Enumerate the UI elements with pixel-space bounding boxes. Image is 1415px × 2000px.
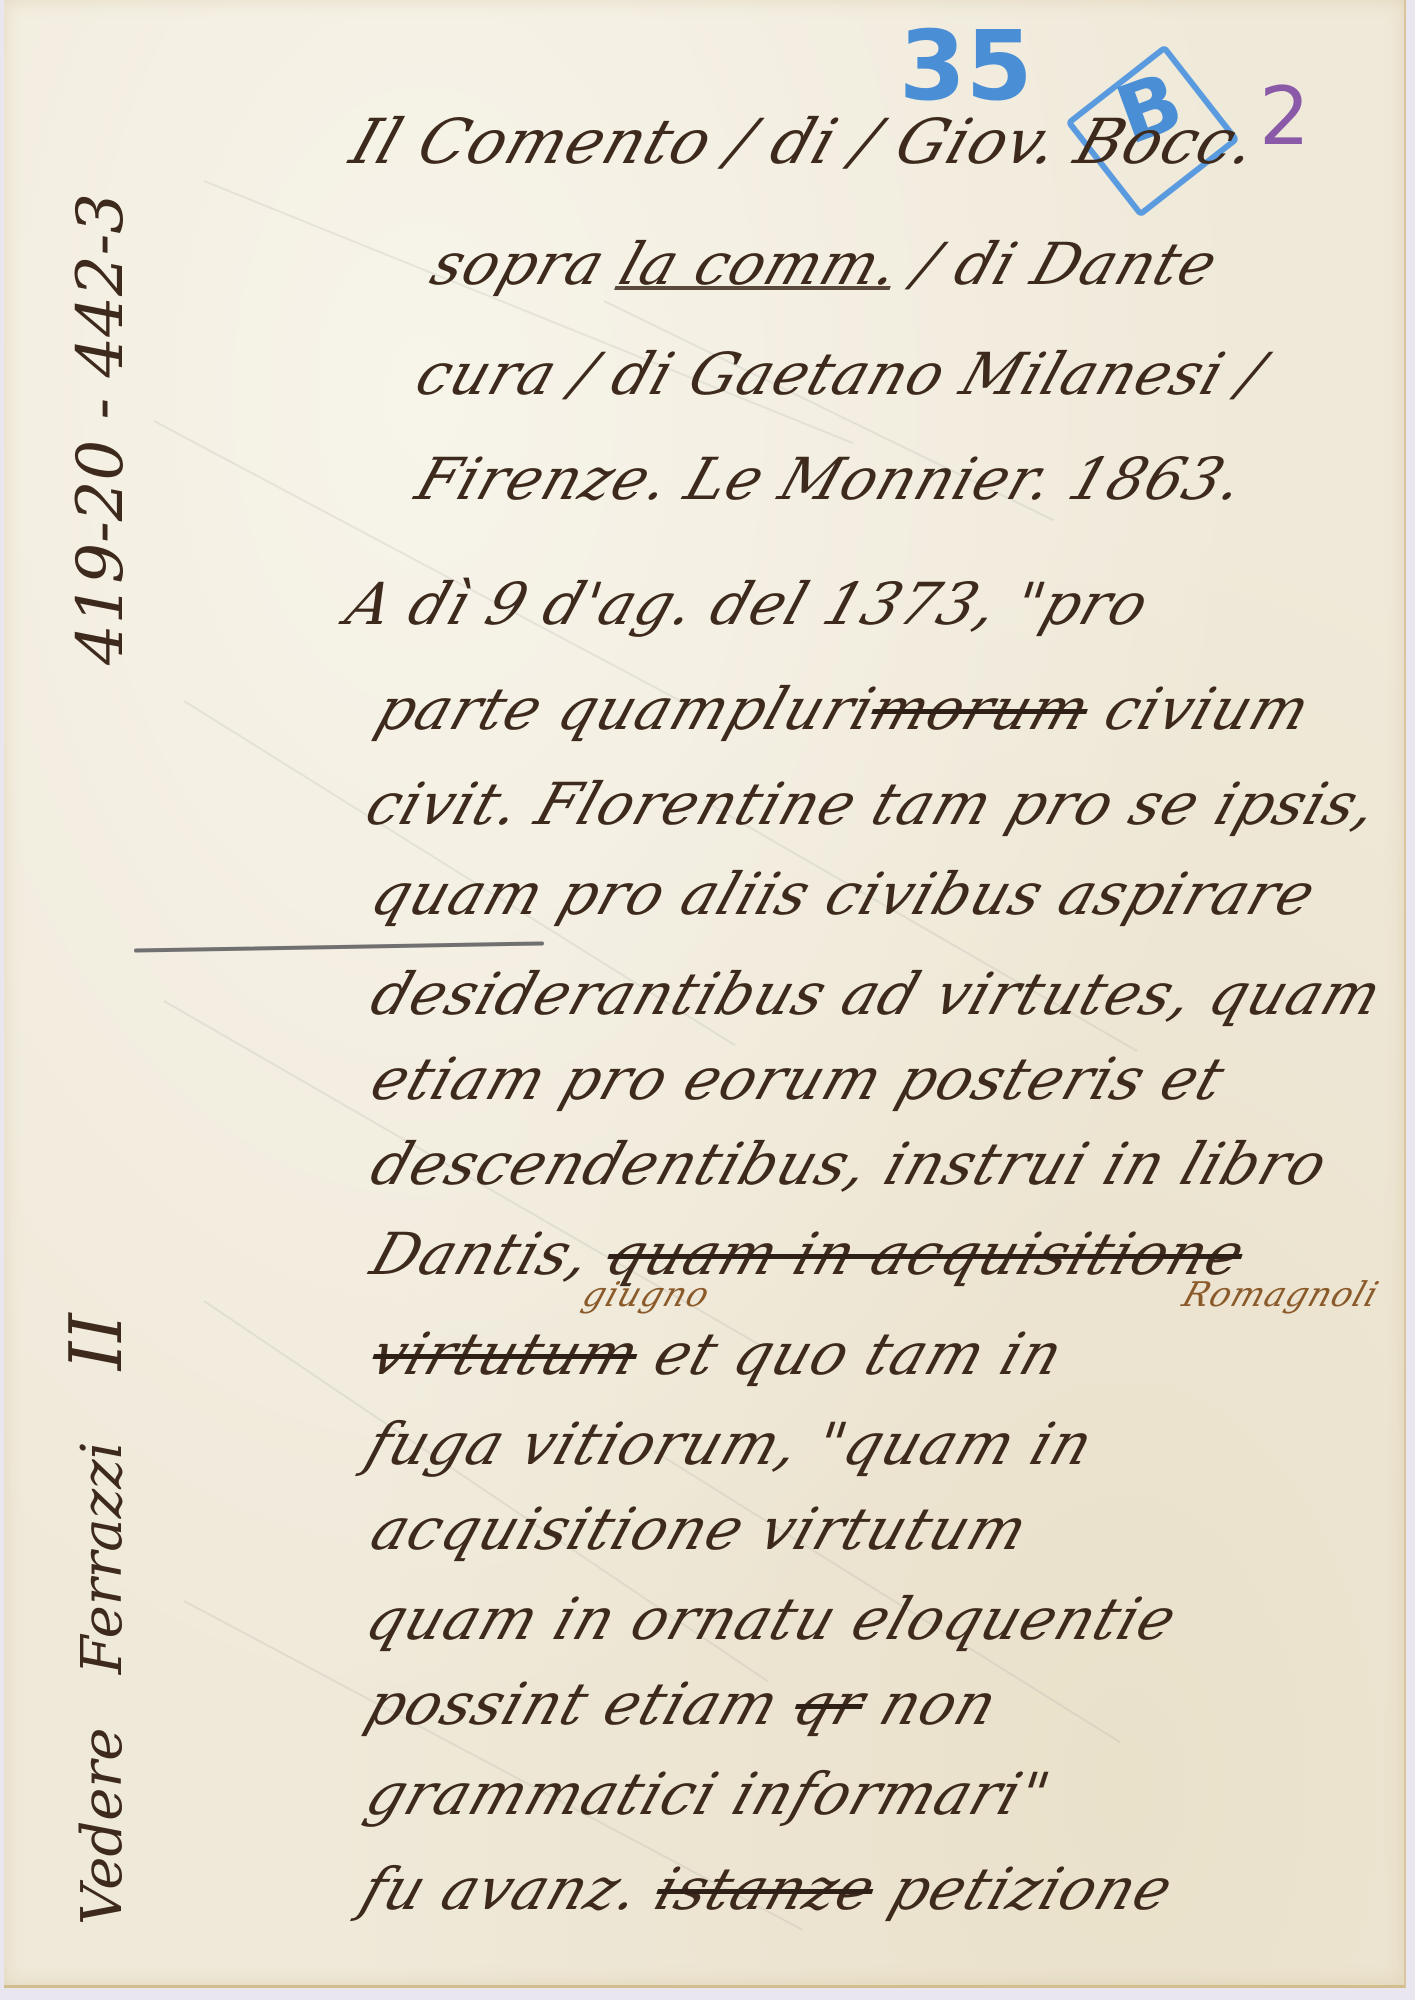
line-15: acquisitione virtutum	[363, 1495, 1037, 1563]
line-3: cura / di Gaetano Milanesi /	[408, 340, 1274, 408]
line-14: fuga vitiorum, "quam in	[358, 1410, 1102, 1478]
line-11: descendentibus, instrui in libro	[363, 1130, 1337, 1198]
line-2: sopra la comm. / di Dante	[423, 230, 1227, 298]
margin-reference: Vedere Ferrazzi II	[54, 1313, 138, 1925]
line-5: A dì 9 d'ag. del 1373, "pro	[338, 570, 1158, 638]
line-8: quam pro aliis civibus aspirare	[363, 860, 1325, 928]
line-10: etiam pro eorum posteris et	[363, 1045, 1234, 1113]
line-9: desiderantibus ad virtutes, quam	[363, 960, 1391, 1028]
line-6: parte quamplurimorum civium	[368, 675, 1319, 743]
interlinear-insert-romagnoli: Romagnoli	[1178, 1275, 1384, 1315]
archival-purple-number: 2	[1259, 70, 1310, 163]
line-4-imprint: Firenze. Le Monnier. 1863.	[408, 445, 1253, 513]
line-16: quam in ornatu eloquentie	[358, 1585, 1186, 1653]
line-18: grammatici informari"	[358, 1760, 1059, 1828]
line-17: possint etiam qr non	[358, 1670, 1006, 1738]
interlinear-insert-giugno: giugno	[578, 1275, 716, 1315]
line-12: Dantis, quam in acquisitione	[363, 1220, 1254, 1288]
line-13: virtutum et quo tam in	[363, 1320, 1072, 1388]
manuscript-sheet: 35 B 2 419-20 - 442-3 Vedere Ferrazzi II…	[4, 0, 1406, 1988]
line-7: civit. Florentine tam pro se ipsis,	[358, 770, 1387, 838]
line-19: fu avanz. istanze petizione	[353, 1855, 1182, 1923]
pencil-underline-mark	[134, 941, 544, 952]
margin-shelfmark: 419-20 - 442-3	[64, 193, 138, 665]
line-title: Il Comento / di / Giov. Bocc.	[342, 105, 1267, 178]
